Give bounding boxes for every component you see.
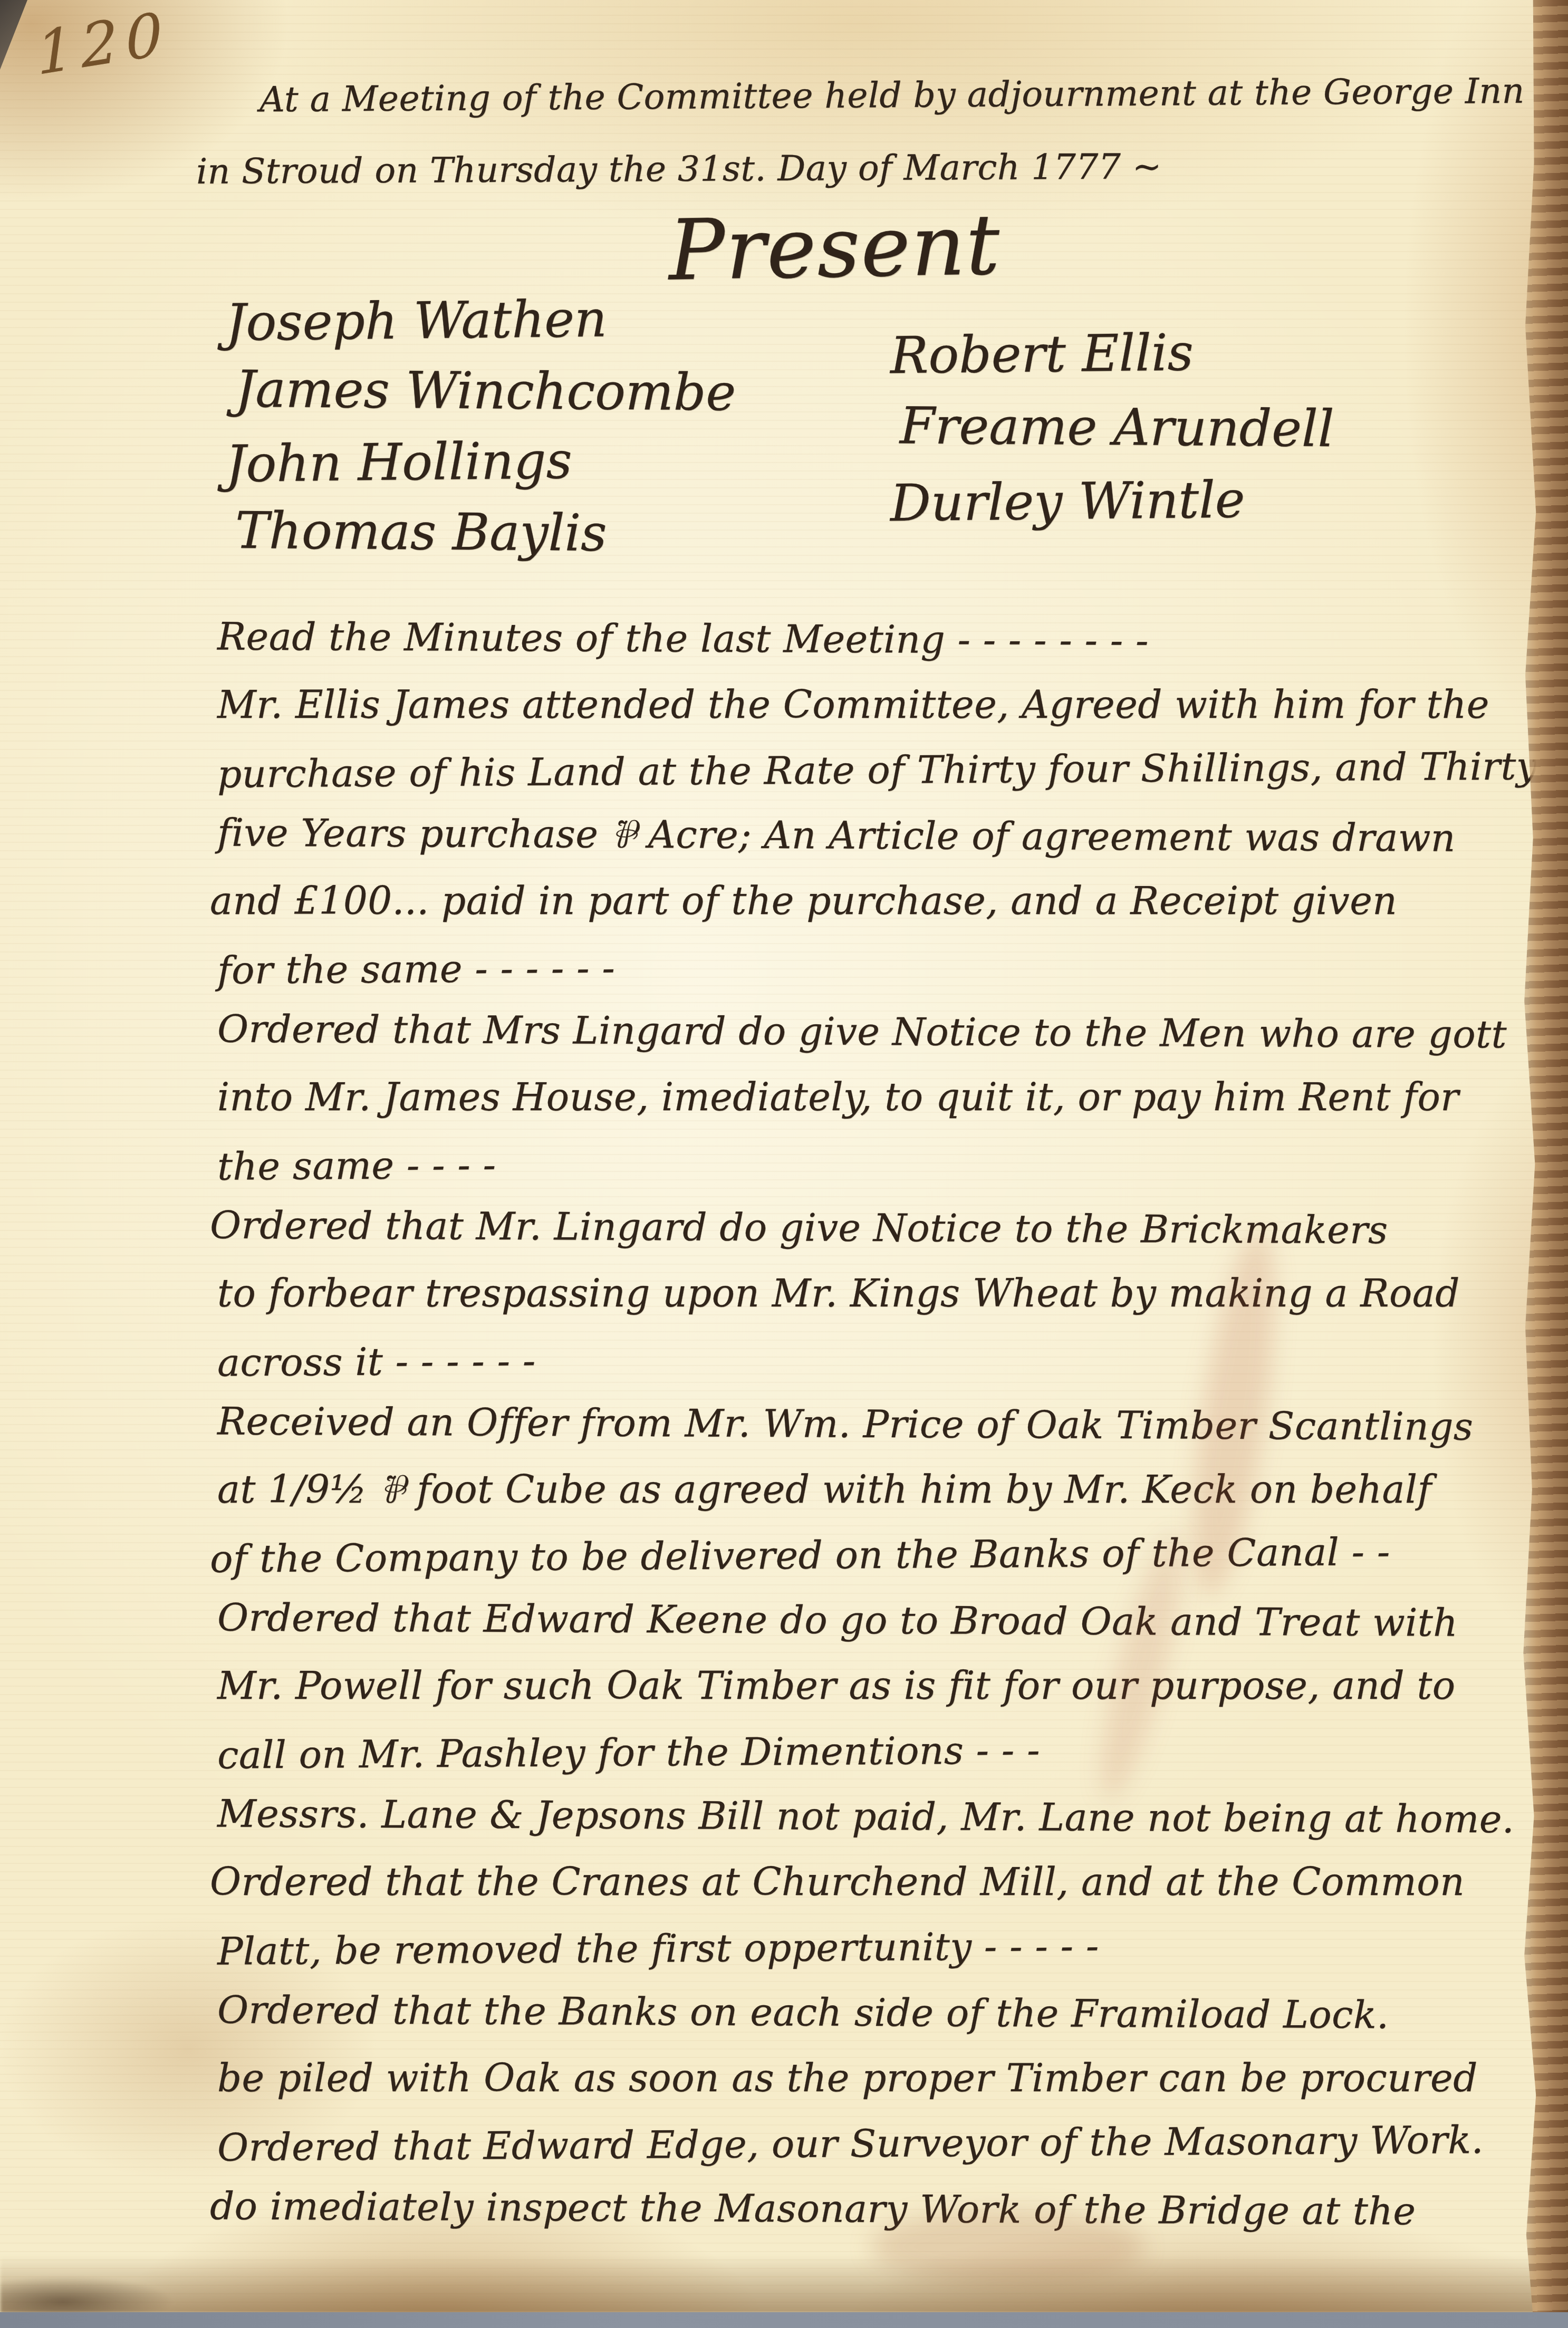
scanner-bed — [0, 2312, 1568, 2328]
minutes-line: do imediately inspect the Masonary Work … — [210, 2173, 1536, 2245]
attendee-name: Joseph Wathen — [225, 282, 727, 358]
minutes-line: Mr. Powell for such Oak Timber as is fit… — [217, 1653, 1536, 1718]
page-corner-curl — [0, 0, 27, 70]
minutes-line: five Years purchase ⅌ Acre; An Article o… — [217, 800, 1536, 871]
attendee-name: Durley Wintle — [890, 462, 1325, 541]
minutes-line: Read the Minutes of the last Meeting - -… — [217, 604, 1536, 675]
attendee-name: James Winchcombe — [235, 354, 736, 428]
minutes-line: Ordered that Mrs Lingard do give Notice … — [217, 996, 1536, 1067]
minutes-line: and £100... paid in part of the purchase… — [210, 868, 1536, 934]
attendee-name: Robert Ellis — [890, 314, 1325, 393]
minutes-line: of the Company to be delivered on the Ba… — [210, 1518, 1536, 1591]
minutes-line: Platt, be removed the first oppertunity … — [217, 1910, 1536, 1984]
minutes-line: Mr. Ellis James attended the Committee, … — [217, 672, 1536, 737]
minutes-line: Messrs. Lane & Jepsons Bill not paid, Mr… — [217, 1781, 1536, 1852]
minutes-line: across it - - - - - - — [217, 1322, 1536, 1395]
bottom-edge-stain — [0, 2255, 1568, 2313]
page-number: 120 — [35, 0, 171, 89]
minutes-line: Ordered that Mr. Lingard do give Notice … — [210, 1192, 1536, 1264]
attendee-name: John Hollings — [225, 424, 727, 499]
minutes-line: Received an Offer from Mr. Wm. Price of … — [217, 1389, 1536, 1460]
attendees-column-left: Joseph WathenJames WinchcombeJohn Hollin… — [226, 285, 726, 567]
minutes-line: Ordered that the Banks on each side of t… — [217, 1977, 1536, 2048]
heading-line-1: At a Meeting of the Committee held by ad… — [259, 71, 1525, 120]
minutes-line: to forbear trespassing upon Mr. Kings Wh… — [217, 1261, 1536, 1326]
heading-line-2: in Stroud on Thursday the 31st. Day of M… — [196, 146, 1162, 192]
minutes-body: Read the Minutes of the last Meeting - -… — [217, 607, 1536, 2242]
attendee-name: Freame Arundell — [900, 389, 1334, 466]
minutes-line: Ordered that Edward Edge, our Surveyor o… — [217, 2106, 1536, 2180]
minutes-line: for the same - - - - - - — [217, 929, 1536, 1003]
attendee-name: Thomas Baylis — [235, 495, 736, 570]
attendees-column-right: Robert EllisFreame ArundellDurley Wintle — [890, 316, 1324, 538]
minutes-line: into Mr. James House, imediately, to qui… — [217, 1064, 1536, 1130]
minutes-line: call on Mr. Pashley for the Dimentions -… — [217, 1714, 1536, 1787]
minutes-line: Ordered that Edward Keene do go to Broad… — [217, 1585, 1536, 1656]
manuscript-page: 120 At a Meeting of the Committee held b… — [0, 0, 1568, 2328]
minutes-line: purchase of his Land at the Rate of Thir… — [217, 733, 1536, 806]
minutes-line: the same - - - - — [217, 1125, 1536, 1199]
minutes-line: at 1/9½ ⅌ foot Cube as agreed with him b… — [217, 1457, 1536, 1522]
minutes-line: be piled with Oak as soon as the proper … — [217, 2045, 1536, 2111]
minutes-line: Ordered that the Cranes at Churchend Mil… — [210, 1849, 1536, 1915]
